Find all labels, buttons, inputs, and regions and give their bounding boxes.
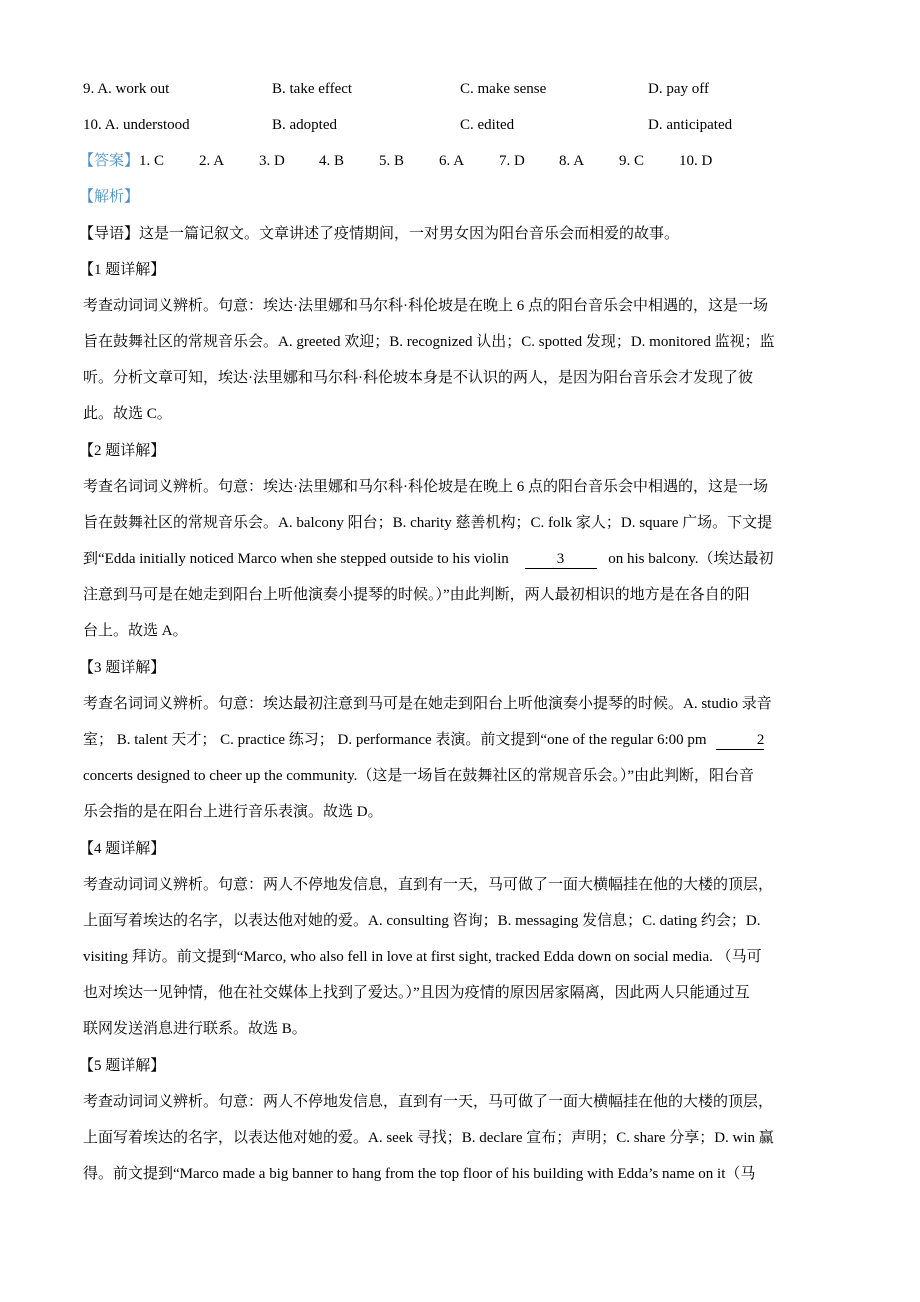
section-3-line: concerts designed to cheer up the commun… (83, 765, 754, 787)
section-3-line: 考查名词词义辨析。句意：埃达最初注意到马可是在她走到阳台上听他演奏小提琴的时候。… (83, 693, 772, 715)
section-3-heading: 【3 题详解】 (79, 657, 165, 679)
option-9c: C. make sense (460, 78, 546, 100)
section-3-line: 乐会指的是在阳台上进行音乐表演。故选 D。 (83, 801, 383, 823)
answer-9: 9. C (619, 150, 679, 172)
section-1-line: 听。分析文章可知，埃达·法里娜和马尔科·科伦坡本身是不认识的两人，是因为阳台音乐… (83, 367, 753, 389)
section-3-line: 室； B. talent 天才； C. practice 练习； D. perf… (83, 729, 764, 751)
blank-3: 3 (525, 550, 597, 569)
section-1-line: 旨在鼓舞社区的常规音乐会。A. greeted 欢迎；B. recognized… (83, 331, 775, 353)
section-1-heading: 【1 题详解】 (79, 259, 165, 281)
section-2-line: 考查名词词义辨析。句意：埃达·法里娜和马尔科·科伦坡是在晚上 6 点的阳台音乐会… (83, 476, 768, 498)
section-5-line: 得。前文提到“Marco made a big banner to hang f… (83, 1163, 755, 1185)
answer-1: 1. C (139, 150, 199, 172)
question-10-options: 10. A. understood B. adopted C. edited D… (83, 114, 835, 136)
section-4-heading: 【4 题详解】 (79, 838, 165, 860)
answer-4: 4. B (319, 150, 379, 172)
section-4-line: 联网发送消息进行联系。故选 B。 (83, 1018, 307, 1040)
section-2-line: 台上。故选 A。 (83, 620, 188, 642)
answer-7: 7. D (499, 150, 559, 172)
section-5-heading: 【5 题详解】 (79, 1055, 165, 1077)
answer-5: 5. B (379, 150, 439, 172)
blank-2: 2 (716, 731, 764, 750)
section-4-line: 也对埃达一见钟情，他在社交媒体上找到了爱达。）”且因为疫情的原因居家隔离，因此两… (83, 982, 750, 1004)
question-9-options: 9. A. work out B. take effect C. make se… (83, 78, 835, 100)
intro-summary: 【导语】这是一篇记叙文。文章讲述了疫情期间，一对男女因为阳台音乐会而相爱的故事。 (79, 223, 679, 245)
section-1-line: 考查动词词义辨析。句意：埃达·法里娜和马尔科·科伦坡是在晚上 6 点的阳台音乐会… (83, 295, 768, 317)
answer-10: 10. D (679, 150, 739, 172)
option-10c: C. edited (460, 114, 514, 136)
answer-2: 2. A (199, 150, 259, 172)
option-10a: 10. A. understood (83, 114, 190, 136)
section-2-line: 到“Edda initially noticed Marco when she … (83, 548, 774, 570)
section-2-line: 注意到马可是在她走到阳台上听他演奏小提琴的时候。）”由此判断，两人最初相识的地方… (83, 584, 750, 606)
answer-key: 【答案】1. C2. A3. D4. B5. B6. A7. D8. A9. C… (83, 150, 739, 172)
answer-6: 6. A (439, 150, 499, 172)
option-10d: D. anticipated (648, 114, 732, 136)
section-4-line: visiting 拜访。前文提到“Marco, who also fell in… (83, 946, 762, 968)
section-4-line: 上面写着埃达的名字，以表达他对她的爱。A. consulting 咨询；B. m… (83, 910, 761, 932)
section-2-line: 旨在鼓舞社区的常规音乐会。A. balcony 阳台；B. charity 慈善… (83, 512, 772, 534)
section-4-line: 考查动词词义辨析。句意：两人不停地发信息，直到有一天，马可做了一面大横幅挂在他的… (83, 874, 773, 896)
option-10b: B. adopted (272, 114, 337, 136)
option-9a: 9. A. work out (83, 78, 169, 100)
option-9b: B. take effect (272, 78, 352, 100)
section-2-heading: 【2 题详解】 (79, 440, 165, 462)
answer-label: 【答案】 (79, 153, 139, 169)
section-5-line: 考查动词词义辨析。句意：两人不停地发信息，直到有一天，马可做了一面大横幅挂在他的… (83, 1091, 773, 1113)
section-5-line: 上面写着埃达的名字，以表达他对她的爱。A. seek 寻找；B. declare… (83, 1127, 774, 1149)
answer-3: 3. D (259, 150, 319, 172)
section-1-line: 此。故选 C。 (83, 403, 172, 425)
answer-8: 8. A (559, 150, 619, 172)
analysis-label-row: 【解析】 (83, 186, 139, 208)
option-9d: D. pay off (648, 78, 709, 100)
analysis-label: 【解析】 (79, 189, 139, 205)
